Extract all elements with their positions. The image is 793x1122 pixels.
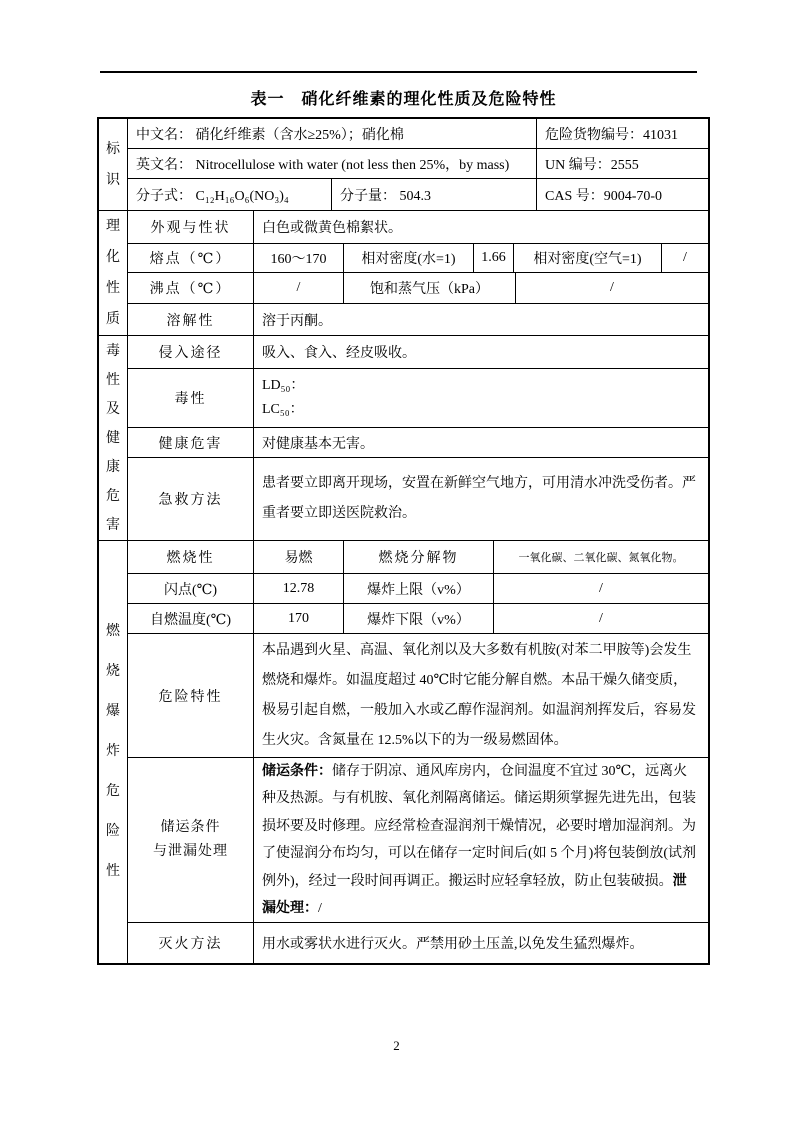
section-label-identification: 标识 xyxy=(99,119,128,211)
dangerous-goods-code-cell: 危险货物编号：41031 xyxy=(537,119,708,149)
boiling-point-value: / xyxy=(254,273,344,304)
section-label-toxicity: 毒性及健康危害 xyxy=(99,336,128,541)
combustion-products-label: 燃烧分解物 xyxy=(344,541,494,574)
leak-handling-text: / xyxy=(318,901,322,916)
table-row: 自燃温度(℃) 170 爆炸下限（v%） / xyxy=(128,604,708,634)
explosion-upper-limit-value: / xyxy=(494,574,708,604)
hazard-table: 标识 中文名： 硝化纤维素（含水≥25%）；硝化棉 危险货物编号：41031 英… xyxy=(97,117,710,965)
chinese-name-cell: 中文名： 硝化纤维素（含水≥25%）；硝化棉 xyxy=(128,119,537,149)
toxicity-values-cell: LD₅₀： LC₅₀： xyxy=(254,369,708,428)
explosion-upper-limit-label: 爆炸上限（v%） xyxy=(344,574,494,604)
flash-point-value: 12.78 xyxy=(254,574,344,604)
section-physical-properties: 理化性质 外观与性状 白色或微黄色棉絮状。 熔点（℃） 160～170 相对密度… xyxy=(99,211,708,336)
storage-leak-label: 储运条件 与泄漏处理 xyxy=(128,758,254,923)
flammability-value: 易燃 xyxy=(254,541,344,574)
lc50-line: LC₅₀： xyxy=(262,402,700,418)
relative-density-water-label: 相对密度(水=1) xyxy=(344,244,474,273)
melting-point-value: 160～170 xyxy=(254,244,344,273)
table-row: 危险特性 本品遇到火星、高温、氧化剂以及大多数有机胺(对苯二甲胺等)会发生燃烧和… xyxy=(128,634,708,758)
table-row: 储运条件 与泄漏处理 储运条件：储存于阴凉、通风库房内，仓间温度不宜过 30℃，… xyxy=(128,758,708,923)
vapor-pressure-value: / xyxy=(516,273,708,304)
section-identification: 标识 中文名： 硝化纤维素（含水≥25%）；硝化棉 危险货物编号：41031 英… xyxy=(99,119,708,211)
explosion-lower-limit-label: 爆炸下限（v%） xyxy=(344,604,494,634)
table-row: 急救方法 患者要立即离开现场，安置在新鲜空气地方，可用清水冲洗受伤者。严重者要立… xyxy=(128,458,708,541)
table-row: 健康危害 对健康基本无害。 xyxy=(128,428,708,458)
header-rule xyxy=(100,71,697,73)
health-hazard-label: 健康危害 xyxy=(128,428,254,458)
relative-density-air-value: / xyxy=(662,244,708,273)
first-aid-value: 患者要立即离开现场，安置在新鲜空气地方，可用清水冲洗受伤者。严重者要立即送医院救… xyxy=(254,458,708,541)
page-number: 2 xyxy=(0,1038,793,1054)
section-label-fire-explosion: 燃烧爆炸危险性 xyxy=(99,541,128,963)
storage-conditions-title: 储运条件： xyxy=(262,764,332,779)
table-row: 灭火方法 用水或雾状水进行灭火。严禁用砂土压盖,以免发生猛烈爆炸。 xyxy=(128,923,708,963)
first-aid-label: 急救方法 xyxy=(128,458,254,541)
fire-extinguishing-value: 用水或雾状水进行灭火。严禁用砂土压盖,以免发生猛烈爆炸。 xyxy=(254,923,708,963)
hazard-characteristics-value: 本品遇到火星、高温、氧化剂以及大多数有机胺(对苯二甲胺等)会发生燃烧和爆炸。如温… xyxy=(254,634,708,758)
explosion-lower-limit-value: / xyxy=(494,604,708,634)
table-row: 毒性 LD₅₀： LC₅₀： xyxy=(128,369,708,428)
molecular-formula-cell: 分子式： C₁₂H₁₆O₆(NO₃)₄ xyxy=(128,179,332,211)
table-row: 熔点（℃） 160～170 相对密度(水=1) 1.66 相对密度(空气=1) … xyxy=(128,244,708,273)
relative-density-air-label: 相对密度(空气=1) xyxy=(514,244,662,273)
section-fire-explosion: 燃烧爆炸危险性 燃烧性 易燃 燃烧分解物 一氧化碳、二氧化碳、氮氧化物。 闪点(… xyxy=(99,541,708,963)
boiling-point-label: 沸点（℃） xyxy=(128,273,254,304)
section-toxicity-health: 毒性及健康危害 侵入途径 吸入、食入、经皮吸收。 毒性 LD₅₀： LC₅₀： … xyxy=(99,336,708,541)
fire-extinguishing-label: 灭火方法 xyxy=(128,923,254,963)
table-row: 燃烧性 易燃 燃烧分解物 一氧化碳、二氧化碳、氮氧化物。 xyxy=(128,541,708,574)
autoignition-temperature-label: 自燃温度(℃) xyxy=(128,604,254,634)
molecular-weight-cell: 分子量： 504.3 xyxy=(332,179,537,211)
solubility-label: 溶解性 xyxy=(128,304,254,336)
toxicity-label: 毒性 xyxy=(128,369,254,428)
flash-point-label: 闪点(℃) xyxy=(128,574,254,604)
storage-leak-value: 储运条件：储存于阴凉、通风库房内，仓间温度不宜过 30℃，远离火种及热源。与有机… xyxy=(254,758,708,923)
table-row: 侵入途径 吸入、食入、经皮吸收。 xyxy=(128,336,708,369)
table-row: 中文名： 硝化纤维素（含水≥25%）；硝化棉 危险货物编号：41031 xyxy=(128,119,708,149)
combustion-products-value: 一氧化碳、二氧化碳、氮氧化物。 xyxy=(494,541,708,574)
melting-point-label: 熔点（℃） xyxy=(128,244,254,273)
table-row: 闪点(℃) 12.78 爆炸上限（v%） / xyxy=(128,574,708,604)
english-name-cell: 英文名： Nitrocellulose with water (not less… xyxy=(128,149,537,179)
exposure-routes-label: 侵入途径 xyxy=(128,336,254,369)
table-row: 外观与性状 白色或微黄色棉絮状。 xyxy=(128,211,708,244)
table-row: 沸点（℃） / 饱和蒸气压（kPa） / xyxy=(128,273,708,304)
relative-density-water-value: 1.66 xyxy=(474,244,514,273)
cas-number-cell: CAS 号：9004-70-0 xyxy=(537,179,708,211)
appearance-label: 外观与性状 xyxy=(128,211,254,244)
table-title: 表一 硝化纤维素的理化性质及危险特性 xyxy=(97,86,710,109)
vapor-pressure-label: 饱和蒸气压（kPa） xyxy=(344,273,516,304)
table-row: 溶解性 溶于丙酮。 xyxy=(128,304,708,336)
flammability-label: 燃烧性 xyxy=(128,541,254,574)
health-hazard-value: 对健康基本无害。 xyxy=(254,428,708,458)
storage-conditions-text: 储存于阴凉、通风库房内，仓间温度不宜过 30℃，远离火种及热源。与有机胺、氧化剂… xyxy=(262,764,696,889)
un-number-cell: UN 编号：2555 xyxy=(537,149,708,179)
solubility-value: 溶于丙酮。 xyxy=(254,304,708,336)
table-row: 分子式： C₁₂H₁₆O₆(NO₃)₄ 分子量： 504.3 CAS 号：900… xyxy=(128,179,708,211)
autoignition-temperature-value: 170 xyxy=(254,604,344,634)
ld50-line: LD₅₀： xyxy=(262,378,700,394)
appearance-value: 白色或微黄色棉絮状。 xyxy=(254,211,708,244)
storage-label-line2: 与泄漏处理 xyxy=(153,840,228,864)
table-row: 英文名： Nitrocellulose with water (not less… xyxy=(128,149,708,179)
exposure-routes-value: 吸入、食入、经皮吸收。 xyxy=(254,336,708,369)
storage-label-line1: 储运条件 xyxy=(161,816,221,840)
section-label-physical: 理化性质 xyxy=(99,211,128,336)
hazard-characteristics-label: 危险特性 xyxy=(128,634,254,758)
